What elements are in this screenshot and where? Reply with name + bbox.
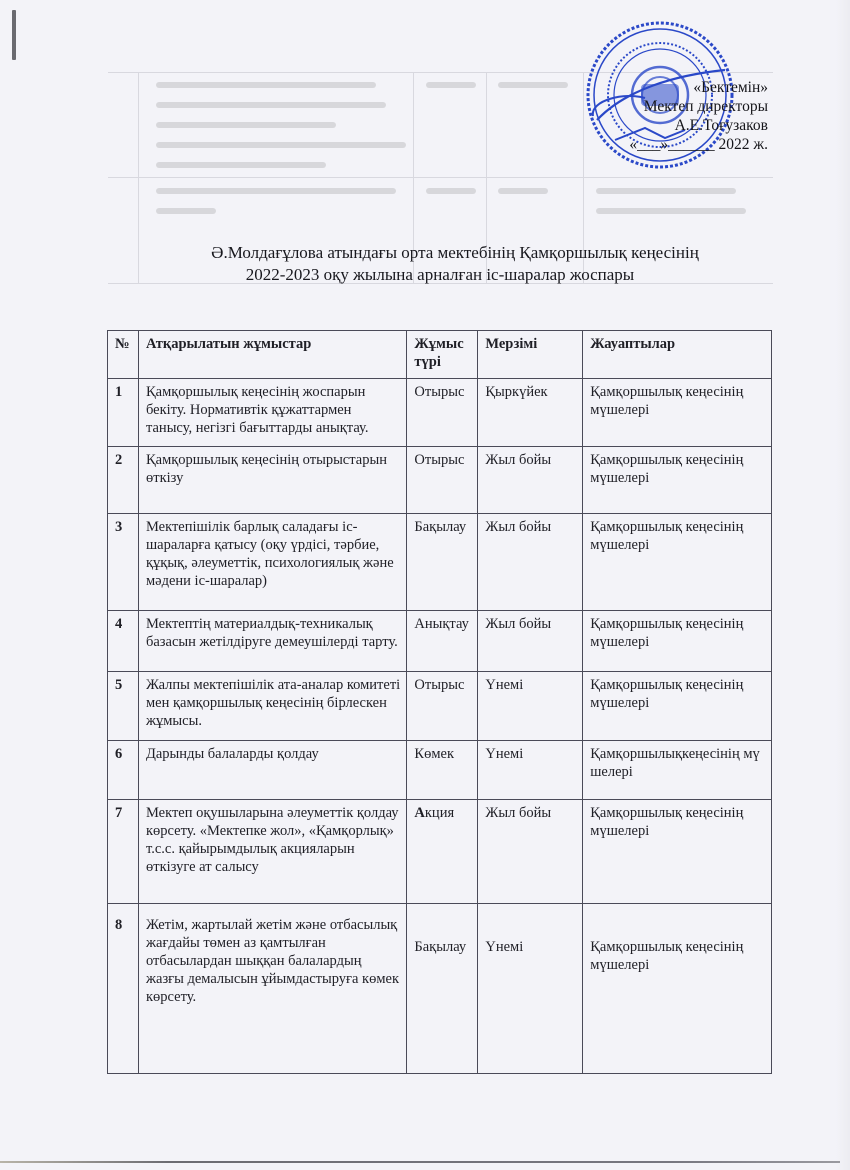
row-type: Анықтау — [407, 611, 478, 672]
row-term: Қыркүйек — [478, 379, 583, 447]
approval-block: «Бектемін» Мектеп директоры А.Е.Тоғузако… — [629, 78, 768, 154]
row-type: Отырыс — [407, 672, 478, 741]
table-header-row: № Атқарылатын жұмыстар Жұмыс түрі Мерзім… — [108, 331, 772, 379]
row-type: Бақылау — [407, 514, 478, 611]
row-number: 7 — [108, 800, 139, 904]
approval-position: Мектеп директоры — [629, 97, 768, 116]
row-type: Акция — [407, 800, 478, 904]
row-responsible: Қамқоршылық кеңесінің мүшелері — [583, 904, 772, 1074]
row-responsible: Қамқоршылық кеңесінің мүшелері — [583, 611, 772, 672]
row-number: 1 — [108, 379, 139, 447]
row-number: 2 — [108, 447, 139, 514]
row-term: Үнемі — [478, 672, 583, 741]
header-responsible: Жауаптылар — [583, 331, 772, 379]
row-number: 5 — [108, 672, 139, 741]
document-title: Ә.Молдағұлова атындағы орта мектебінің Қ… — [0, 242, 850, 286]
scan-bottom-edge — [0, 1161, 840, 1163]
table-row: 7 Мектеп оқушыларына әлеуметтік қолдау к… — [108, 800, 772, 904]
row-term: Үнемі — [478, 904, 583, 1074]
row-term: Жыл бойы — [478, 514, 583, 611]
row-term: Жыл бойы — [478, 611, 583, 672]
row-type: Отырыс — [407, 379, 478, 447]
scan-edge-mark — [12, 10, 16, 60]
row-number: 8 — [108, 904, 139, 1074]
header-number: № — [108, 331, 139, 379]
table-row: 8 Жетім, жартылай жетім және отбасылық ж… — [108, 904, 772, 1074]
row-responsible: Қамқоршылық кеңесінің мүшелері — [583, 447, 772, 514]
table-row: 5 Жалпы мектепішілік ата-аналар комитеті… — [108, 672, 772, 741]
approval-date: «___»______ 2022 ж. — [629, 135, 768, 154]
table-row: 2 Қамқоршылық кеңесінің отырыстарын өткі… — [108, 447, 772, 514]
row-task: Мектеп оқушыларына әлеуметтік қолдау көр… — [138, 800, 406, 904]
header-term: Мерзімі — [478, 331, 583, 379]
row-responsible: Қамқоршылық кеңесінің мүшелері — [583, 800, 772, 904]
row-type: Отырыс — [407, 447, 478, 514]
row-task: Мектепішілік барлық саладағы іс-шараларғ… — [138, 514, 406, 611]
table-row: 6 Дарынды балаларды қолдау Көмек Үнемі Қ… — [108, 741, 772, 800]
row-task: Жалпы мектепішілік ата-аналар комитеті м… — [138, 672, 406, 741]
document-title-line2: 2022-2023 оқу жылына арналған іс-шаралар… — [0, 264, 850, 286]
document-title-line1: Ә.Молдағұлова атындағы орта мектебінің Қ… — [0, 242, 850, 264]
row-term: Жыл бойы — [478, 800, 583, 904]
row-responsible: Қамқоршылық кеңесінің мүшелері — [583, 379, 772, 447]
row-task: Қамқоршылық кеңесінің отырыстарын өткізу — [138, 447, 406, 514]
row-number: 6 — [108, 741, 139, 800]
row-task: Қамқоршылық кеңесінің жоспарын бекіту. Н… — [138, 379, 406, 447]
table-row: 4 Мектептің материалдық-техникалық базас… — [108, 611, 772, 672]
table-row: 1 Қамқоршылық кеңесінің жоспарын бекіту.… — [108, 379, 772, 447]
row-type: Бақылау — [407, 904, 478, 1074]
header-type: Жұмыс түрі — [407, 331, 478, 379]
row-responsible: Қамқоршылық кеңесінің мүшелері — [583, 672, 772, 741]
row-responsible: Қамқоршылықкеңесінің мүшелері — [583, 741, 772, 800]
row-type: Көмек — [407, 741, 478, 800]
row-term: Жыл бойы — [478, 447, 583, 514]
row-number: 4 — [108, 611, 139, 672]
row-task: Дарынды балаларды қолдау — [138, 741, 406, 800]
approval-director-name: А.Е.Тоғузаков — [629, 116, 768, 135]
row-task: Жетім, жартылай жетім және отбасылық жағ… — [138, 904, 406, 1074]
row-responsible: Қамқоршылық кеңесінің мүшелері — [583, 514, 772, 611]
plan-table: № Атқарылатын жұмыстар Жұмыс түрі Мерзім… — [107, 330, 772, 1074]
row-number: 3 — [108, 514, 139, 611]
table-row: 3 Мектепішілік барлық саладағы іс-шарала… — [108, 514, 772, 611]
approval-approved-label: «Бектемін» — [629, 78, 768, 97]
row-task: Мектептің материалдық-техникалық базасын… — [138, 611, 406, 672]
scan-right-shadow — [836, 0, 850, 1170]
header-task: Атқарылатын жұмыстар — [138, 331, 406, 379]
row-term: Үнемі — [478, 741, 583, 800]
